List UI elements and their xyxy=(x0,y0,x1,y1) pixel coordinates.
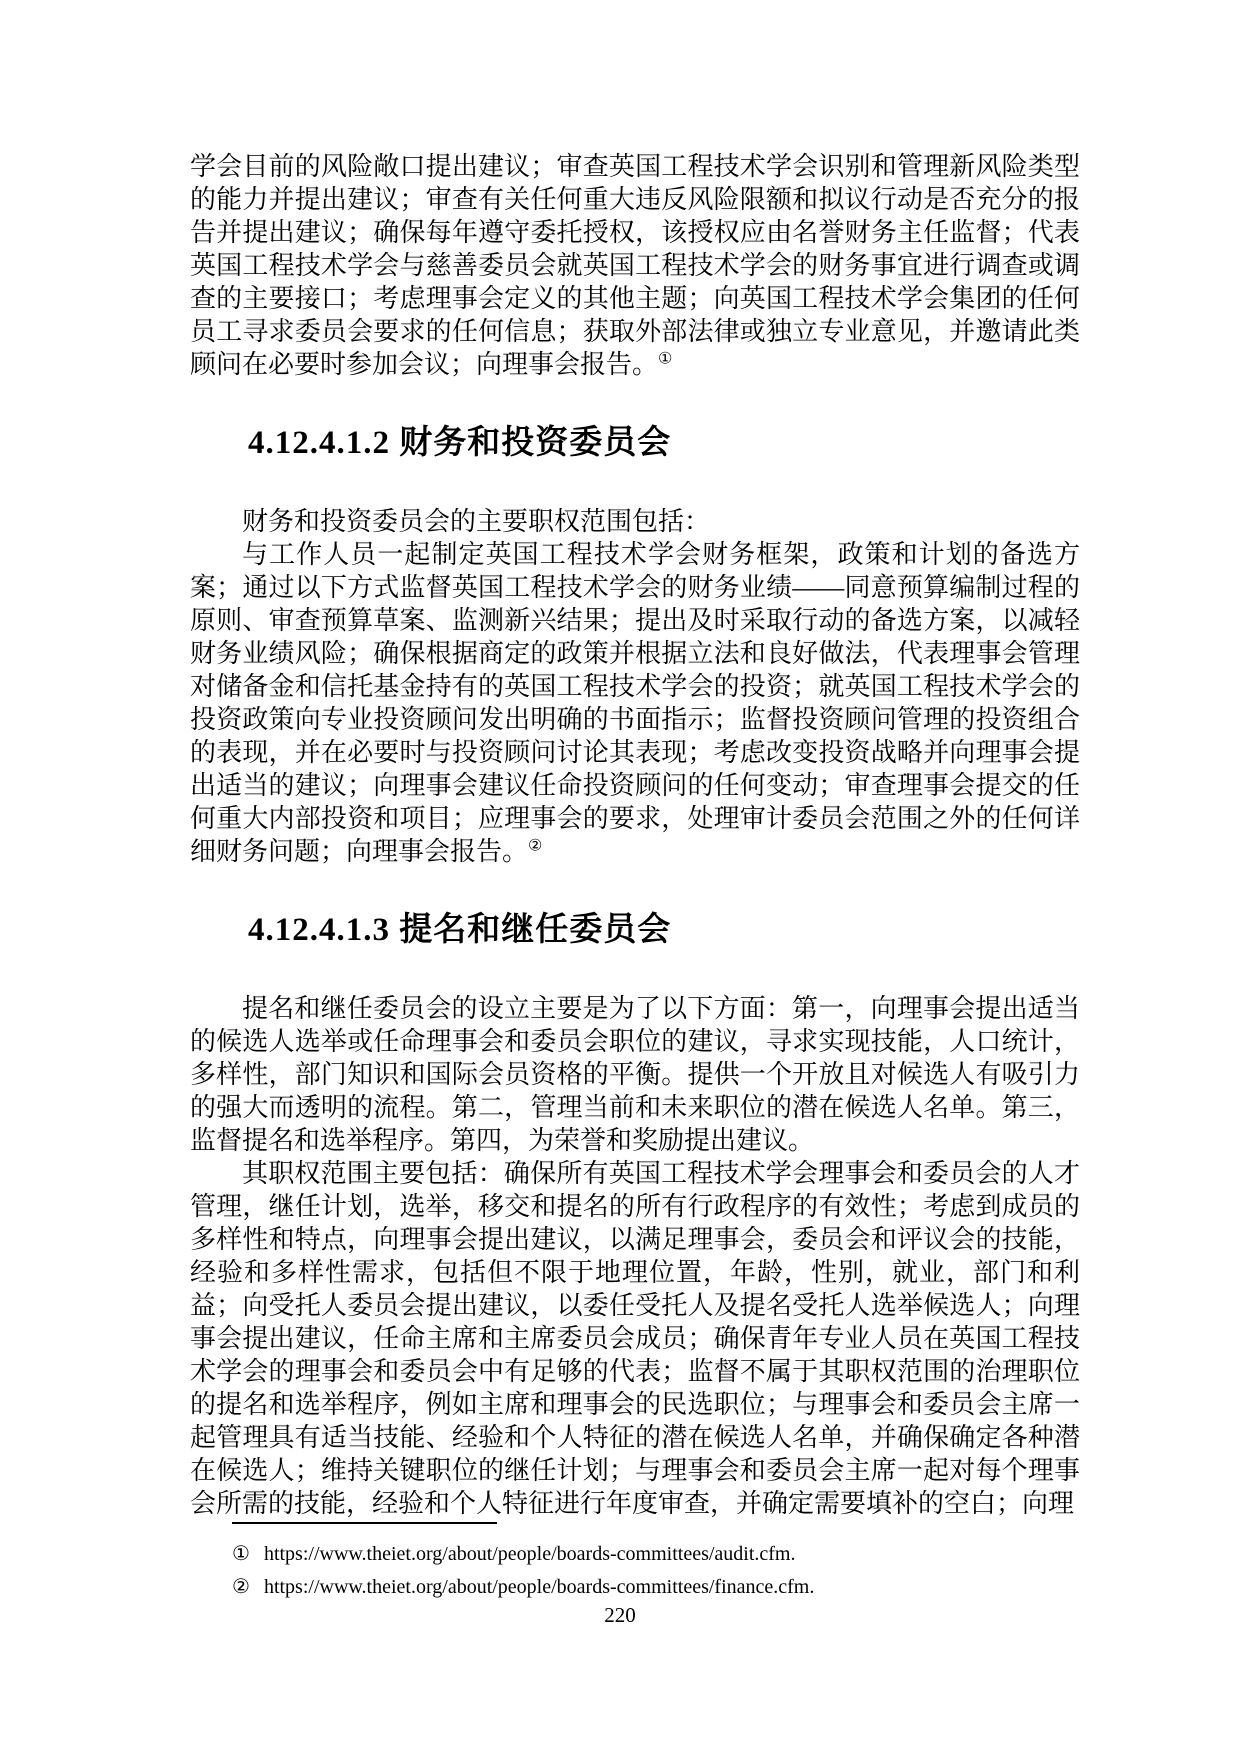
footnote-ref-2: ② xyxy=(528,837,542,854)
footnote-1-url-text: https://www.theiet.org/about/people/boar… xyxy=(264,1538,1078,1571)
paragraph-finance-committee-duties: 与工作人员一起制定英国工程技术学会财务框架，政策和计划的备选方案；通过以下方式监… xyxy=(190,538,1080,868)
heading-nomination-succession-committee: 4.12.4.1.3 提名和继任委员会 xyxy=(248,910,1080,950)
footnote-separator xyxy=(232,1522,497,1524)
paragraph-audit-committee-duties-text: 学会目前的风险敞口提出建议；审查英国工程技术学会识别和管理新风险类型的能力并提出… xyxy=(190,152,1080,379)
paragraph-finance-committee-duties-text: 与工作人员一起制定英国工程技术学会财务框架，政策和计划的备选方案；通过以下方式监… xyxy=(190,540,1080,866)
footnotes-section: ① https://www.theiet.org/about/people/bo… xyxy=(232,1522,1078,1604)
footnote-2-marker: ② xyxy=(232,1571,250,1604)
page-number: 220 xyxy=(0,1603,1240,1628)
page-body: 学会目前的风险敞口提出建议；审查英国工程技术学会识别和管理新风险类型的能力并提出… xyxy=(190,150,1080,1520)
footnote-ref-1: ① xyxy=(658,350,672,367)
footnote-2: ② https://www.theiet.org/about/people/bo… xyxy=(232,1571,1078,1604)
paragraph-audit-committee-duties: 学会目前的风险敞口提出建议；审查英国工程技术学会识别和管理新风险类型的能力并提出… xyxy=(190,150,1080,381)
heading-finance-investment-committee: 4.12.4.1.2 财务和投资委员会 xyxy=(248,423,1080,463)
paragraph-finance-committee-intro: 财务和投资委员会的主要职权范围包括： xyxy=(190,505,1080,538)
footnote-1: ① https://www.theiet.org/about/people/bo… xyxy=(232,1538,1078,1571)
document-page: 学会目前的风险敞口提出建议；审查英国工程技术学会识别和管理新风险类型的能力并提出… xyxy=(0,0,1240,1753)
footnote-2-url-text: https://www.theiet.org/about/people/boar… xyxy=(264,1571,1078,1604)
paragraph-nomination-committee-purpose: 提名和继任委员会的设立主要是为了以下方面：第一，向理事会提出适当的候选人选举或任… xyxy=(190,992,1080,1157)
footnote-1-marker: ① xyxy=(232,1538,250,1571)
paragraph-nomination-committee-duties: 其职权范围主要包括：确保所有英国工程技术学会理事会和委员会的人才管理，继任计划，… xyxy=(190,1157,1080,1520)
